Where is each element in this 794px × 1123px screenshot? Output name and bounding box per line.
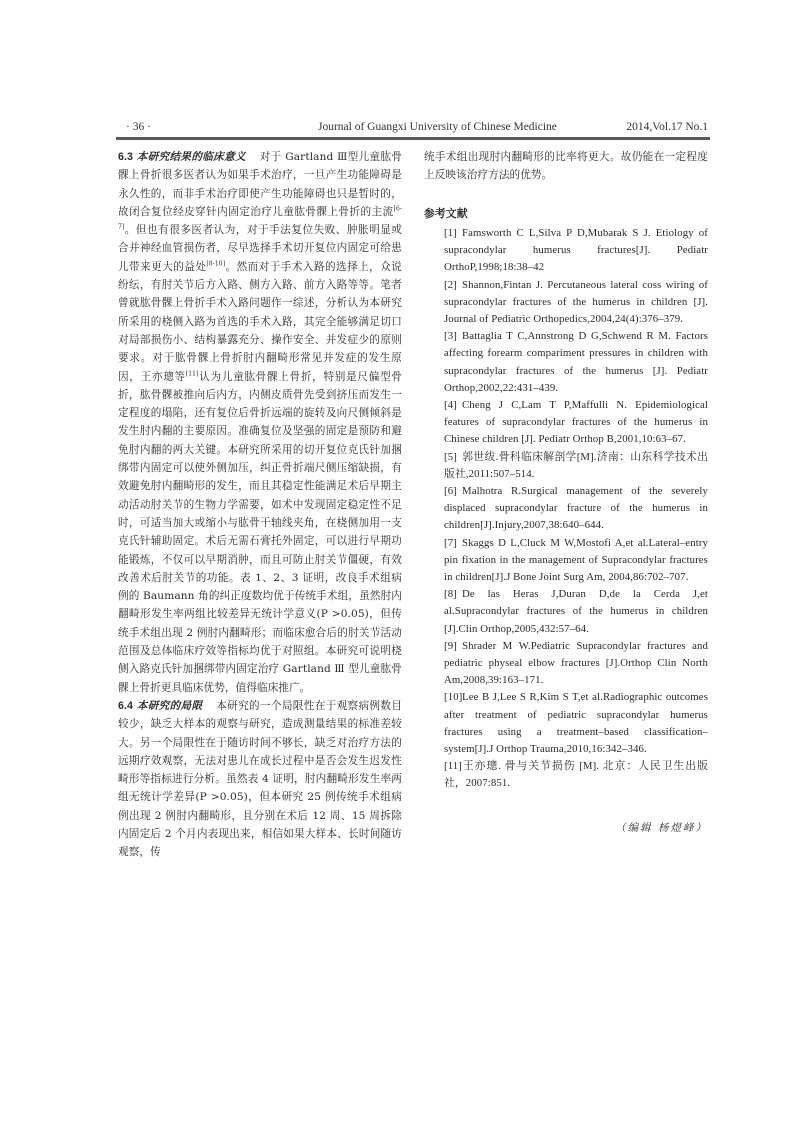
reference-item: [4]Cheng J C,Lam T P,Maffulli N. Epidemi… <box>424 397 708 449</box>
reference-text: De las Heras J,Duran D,de la Cerda J,et … <box>444 588 708 634</box>
journal-title: Journal of Guangxi University of Chinese… <box>318 121 557 133</box>
reference-text: Lee B J,Lee S R,Kim S T,et al.Radiograph… <box>444 691 708 755</box>
reference-text: Famsworth C L,Silva P D,Mubarak S J. Eti… <box>444 227 708 273</box>
reference-number: [2] <box>444 277 462 294</box>
body-text: 。然而对于手术入路的选择上，众说纷纭，有肘关节后方入路、侧方入路、前方入路等等。… <box>118 261 402 383</box>
reference-text: Skaggs D L,Cluck M W,Mostofi A,et al.Lat… <box>444 537 708 583</box>
reference-text: Malhotra R.Surgical management of the se… <box>444 485 708 531</box>
reference-number: [4] <box>444 397 462 414</box>
reference-list: [1]Famsworth C L,Silva P D,Mubarak S J. … <box>424 225 708 793</box>
section-title: 本研究结果的临床意义 <box>137 151 246 163</box>
section-6-4: 6.4 本研究的局限 本研究的一个局限性在于观察病例数目较少，缺乏大样本的观察与… <box>118 697 402 862</box>
reference-item: [1]Famsworth C L,Silva P D,Mubarak S J. … <box>424 225 708 277</box>
reference-number: [6] <box>444 483 462 500</box>
reference-number: [9] <box>444 638 462 655</box>
reference-text: Shrader M W.Pediatric Supracondylar frac… <box>444 640 708 686</box>
references-heading: 参考文献 <box>424 205 708 223</box>
citation: [8-10] <box>206 260 225 267</box>
reference-number: [8] <box>444 586 462 603</box>
section-number: 6.4 <box>118 700 133 712</box>
reference-item: [3]Battaglia T C,Annstrong D G,Schwend R… <box>424 328 708 397</box>
reference-item: [6]Malhotra R.Surgical management of the… <box>424 483 708 535</box>
reference-item: [8]De las Heras J,Duran D,de la Cerda J,… <box>424 586 708 638</box>
editor-credit: （编辑 杨煜峰） <box>424 819 708 837</box>
reference-text: 郭世绂.骨科临床解剖学[M].济南：山东科学技术出版社,2011:507–514… <box>444 451 708 480</box>
header-rule <box>116 137 710 140</box>
reference-text: Battaglia T C,Annstrong D G,Schwend R M.… <box>444 330 708 394</box>
reference-item: [5]郭世绂.骨科临床解剖学[M].济南：山东科学技术出版社,2011:507–… <box>424 449 708 483</box>
body-text: 认为儿童肱骨髁上骨折，特别是尺偏型骨折，肱骨髁被推向后内方，内侧皮质骨先受到挤压… <box>118 371 402 694</box>
section-6-3: 6.3 本研究结果的临床意义 对于 Gartland Ⅲ型儿童肱骨髁上骨折很多医… <box>118 148 402 697</box>
reference-number: [3] <box>444 328 462 345</box>
volume-issue: 2014,Vol.17 No.1 <box>626 121 708 133</box>
body-text: 本研究的一个局限性在于观察病例数目较少，缺乏大样本的观察与研究，造成测量结果的标… <box>118 700 402 858</box>
reference-number: [5] <box>444 449 462 466</box>
reference-text: Cheng J C,Lam T P,Maffulli N. Epidemiolo… <box>444 399 708 445</box>
reference-item: [2]Shannon,Fintan J. Percutaneous latera… <box>424 277 708 329</box>
reference-item: [7]Skaggs D L,Cluck M W,Mostofi A,et al.… <box>424 535 708 587</box>
citation: [11] <box>186 370 199 377</box>
right-column: 统手术组出现肘内翻畸形的比率将更大。故仍能在一定程度上反映该治疗方法的优势。 参… <box>424 148 708 837</box>
left-column: 6.3 本研究结果的临床意义 对于 Gartland Ⅲ型儿童肱骨髁上骨折很多医… <box>118 148 402 862</box>
section-number: 6.3 <box>118 151 133 163</box>
reference-number: [7] <box>444 535 462 552</box>
reference-text: Shannon,Fintan J. Percutaneous lateral c… <box>444 279 708 325</box>
running-header: · 36 · Journal of Guangxi University of … <box>118 121 708 135</box>
section-title: 本研究的局限 <box>137 700 203 712</box>
reference-number: [1] <box>444 225 462 242</box>
reference-text: 王亦璁. 骨与关节损伤 [M]. 北京：人民卫生出版社，2007:851. <box>444 760 708 789</box>
reference-item: [10]Lee B J,Lee S R,Kim S T,et al.Radiog… <box>424 689 708 758</box>
continuation-text: 统手术组出现肘内翻畸形的比率将更大。故仍能在一定程度上反映该治疗方法的优势。 <box>424 148 708 185</box>
reference-item: [9]Shrader M W.Pediatric Supracondylar f… <box>424 638 708 690</box>
reference-number: [10] <box>444 689 462 706</box>
reference-item: [11]王亦璁. 骨与关节损伤 [M]. 北京：人民卫生出版社，2007:851… <box>424 758 708 792</box>
page-number: · 36 · <box>126 121 151 133</box>
reference-number: [11] <box>444 758 462 775</box>
